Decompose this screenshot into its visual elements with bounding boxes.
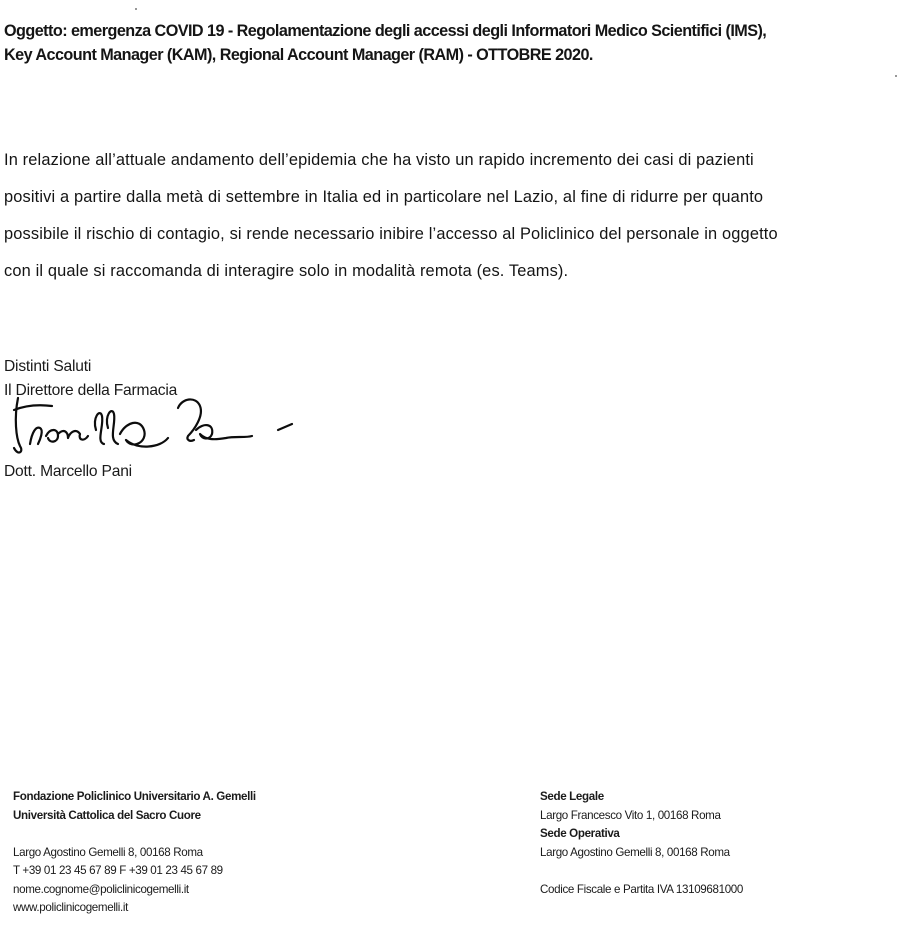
scan-speck — [135, 8, 137, 10]
footer-organization: Fondazione Policlinico Universitario A. … — [13, 788, 256, 918]
footer-address: Largo Agostino Gemelli 8, 00168 Roma — [13, 844, 256, 863]
operational-seat-label: Sede Operativa — [540, 825, 743, 844]
letter-closing: Distinti Saluti Il Direttore della Farma… — [4, 355, 177, 403]
subject-line-2: Key Account Manager (KAM), Regional Acco… — [4, 43, 908, 67]
signer-role: Il Direttore della Farmacia — [4, 379, 177, 403]
tax-code: Codice Fiscale e Partita IVA 13109681000 — [540, 881, 743, 900]
subject-line-1: Oggetto: emergenza COVID 19 - Regolament… — [4, 19, 908, 43]
body-line: positivi a partire dalla metà di settemb… — [4, 185, 908, 222]
footer-university: Università Cattolica del Sacro Cuore — [13, 807, 256, 826]
body-line: con il quale si raccomanda di interagire… — [4, 259, 908, 296]
legal-seat-address: Largo Francesco Vito 1, 00168 Roma — [540, 807, 743, 826]
footer-seats: Sede Legale Largo Francesco Vito 1, 0016… — [540, 788, 743, 899]
footer-org-name: Fondazione Policlinico Universitario A. … — [13, 788, 256, 807]
footer-website: www.policlinicogemelli.it — [13, 899, 256, 918]
signer-name: Dott. Marcello Pani — [4, 460, 132, 484]
greeting: Distinti Saluti — [4, 355, 177, 379]
footer-email: nome.cognome@policlinicogemelli.it — [13, 881, 256, 900]
letter-body: In relazione all’attuale andamento dell’… — [4, 148, 908, 296]
scan-speck — [895, 75, 897, 77]
body-line: In relazione all’attuale andamento dell’… — [4, 148, 908, 185]
spacer — [13, 825, 256, 844]
operational-seat-address: Largo Agostino Gemelli 8, 00168 Roma — [540, 844, 743, 863]
footer-phone-fax: T +39 01 23 45 67 89 F +39 01 23 45 67 8… — [13, 862, 256, 881]
letter-subject: Oggetto: emergenza COVID 19 - Regolament… — [4, 19, 908, 67]
legal-seat-label: Sede Legale — [540, 788, 743, 807]
body-line: possibile il rischio di contagio, si ren… — [4, 222, 908, 259]
spacer — [540, 862, 743, 881]
